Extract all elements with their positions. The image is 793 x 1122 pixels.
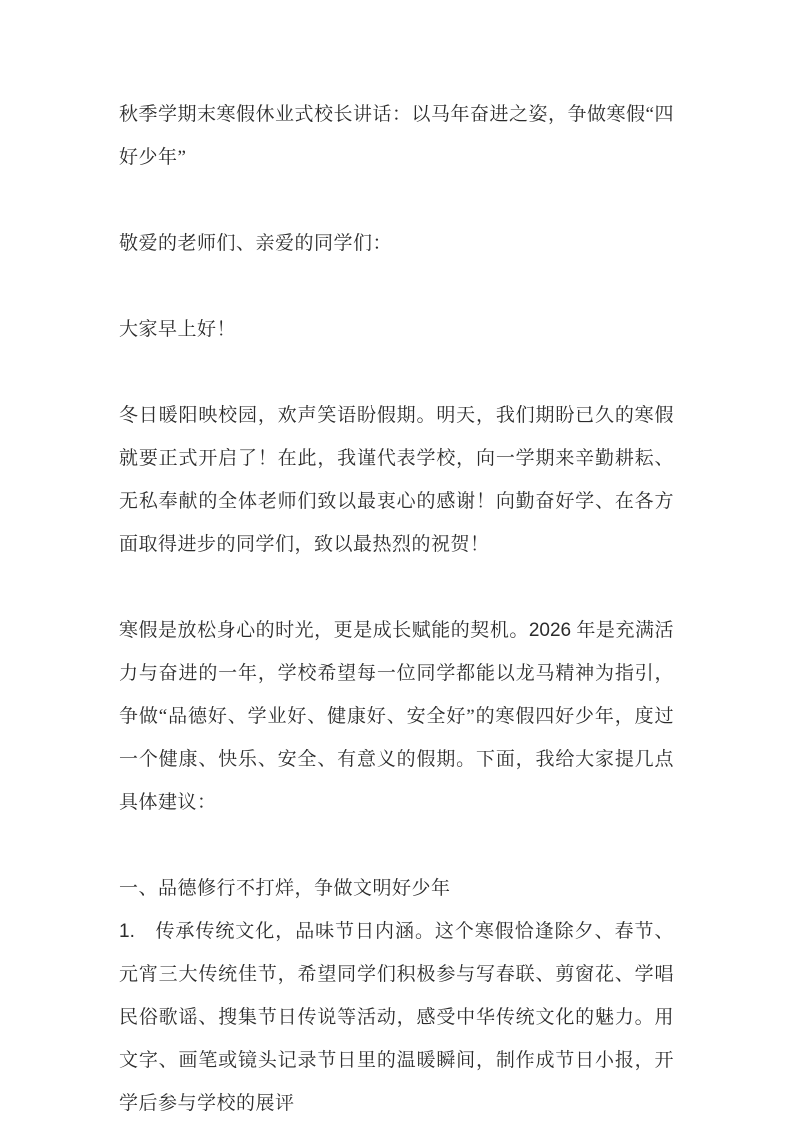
paragraph-overview-text-after: 年是充满活力与奋进的一年，学校希望每一位同学都能以龙马精神为指引，争做“品德好、… — [119, 620, 674, 813]
paragraph-opening: 冬日暖阳映校园，欢声笑语盼假期。明天，我们期盼已久的寒假就要正式开启了！在此，我… — [119, 394, 674, 566]
list-item-1-text: 传承传统文化，品味节日内涵。这个寒假恰逢除夕、春节、元宵三大传统佳节，希望同学们… — [119, 921, 674, 1114]
document-page: 秋季学期末寒假休业式校长讲话：以马年奋进之姿，争做寒假“四好少年” 敬爱的老师们… — [0, 0, 793, 1122]
paragraph-overview-text-before: 寒假是放松身心的时光，更是成长赋能的契机。 — [119, 620, 529, 641]
list-item-1-number: 1. — [119, 910, 155, 953]
document-title: 秋季学期末寒假休业式校长讲话：以马年奋进之姿，争做寒假“四好少年” — [119, 93, 674, 179]
list-item-1: 1.传承传统文化，品味节日内涵。这个寒假恰逢除夕、春节、元宵三大传统佳节，希望同… — [119, 910, 674, 1122]
greeting: 大家早上好！ — [119, 308, 674, 351]
salutation: 敬爱的老师们、亲爱的同学们： — [119, 222, 674, 265]
year-number: 2026 — [529, 620, 571, 641]
section-heading-1: 一、品德修行不打烊，争做文明好少年 — [119, 867, 674, 910]
paragraph-overview: 寒假是放松身心的时光，更是成长赋能的契机。2026 年是充满活力与奋进的一年，学… — [119, 609, 674, 824]
